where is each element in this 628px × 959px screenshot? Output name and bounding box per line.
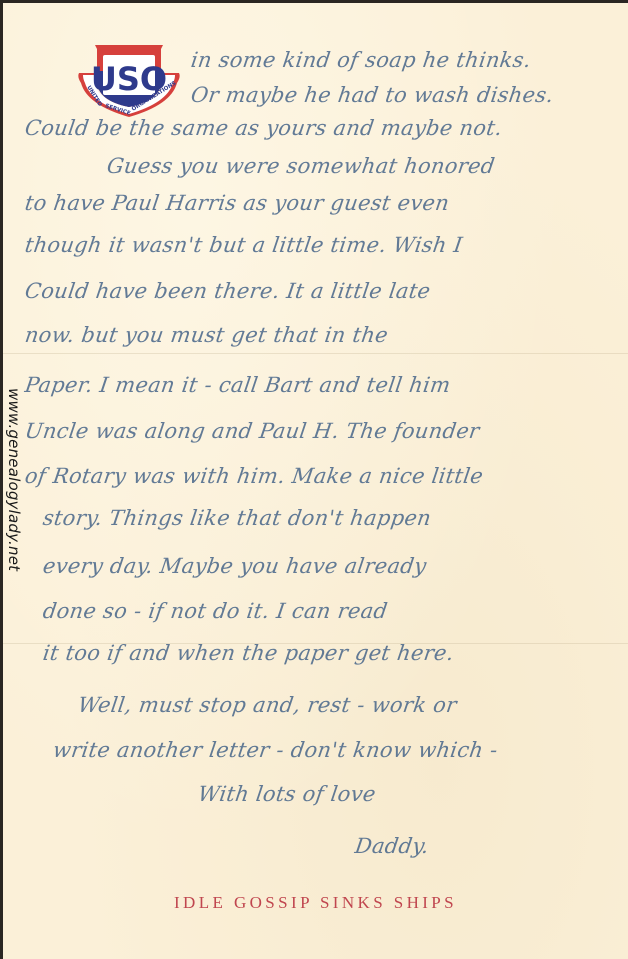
uso-shield-icon: USO UNITED SERVICE ORGANIZATIONS — [75, 43, 183, 117]
letter-line: Uncle was along and Paul H. The founder — [24, 421, 481, 442]
letter-line: though it wasn't but a little time. Wish… — [24, 235, 464, 256]
letter-line: Could have been there. It a little late — [24, 281, 432, 302]
letter-closing: With lots of love — [197, 784, 378, 805]
letter-line: now. but you must get that in the — [24, 325, 390, 346]
letter-line: Could be the same as yours and maybe not… — [24, 118, 504, 139]
uso-logo: USO UNITED SERVICE ORGANIZATIONS — [75, 43, 183, 117]
letter-page: USO UNITED SERVICE ORGANIZATIONS in some… — [3, 3, 628, 959]
fold-crease — [3, 353, 628, 354]
watermark-text: www.genealogylady.net — [5, 388, 23, 571]
letter-line: story. Things like that don't happen — [42, 508, 433, 529]
letter-line: Guess you were somewhat honored — [106, 156, 497, 177]
watermark: www.genealogylady.net — [3, 388, 25, 698]
letter-line: it too if and when the paper get here. — [42, 643, 456, 664]
letter-signature: Daddy. — [354, 836, 431, 857]
footer-slogan: IDLE GOSSIP SINKS SHIPS — [3, 893, 628, 913]
letter-line: write another letter - don't know which … — [52, 740, 500, 761]
letter-line: of Rotary was with him. Make a nice litt… — [24, 466, 485, 487]
letter-line: every day. Maybe you have already — [42, 556, 428, 577]
letter-line: done so - if not do it. I can read — [42, 601, 389, 622]
letter-line: in some kind of soap he thinks. — [190, 50, 533, 71]
letter-line: to have Paul Harris as your guest even — [24, 193, 451, 214]
letter-line: Or maybe he had to wash dishes. — [190, 85, 555, 106]
letter-line: Paper. I mean it - call Bart and tell hi… — [24, 375, 452, 396]
letter-line: Well, must stop and, rest - work or — [77, 695, 459, 716]
